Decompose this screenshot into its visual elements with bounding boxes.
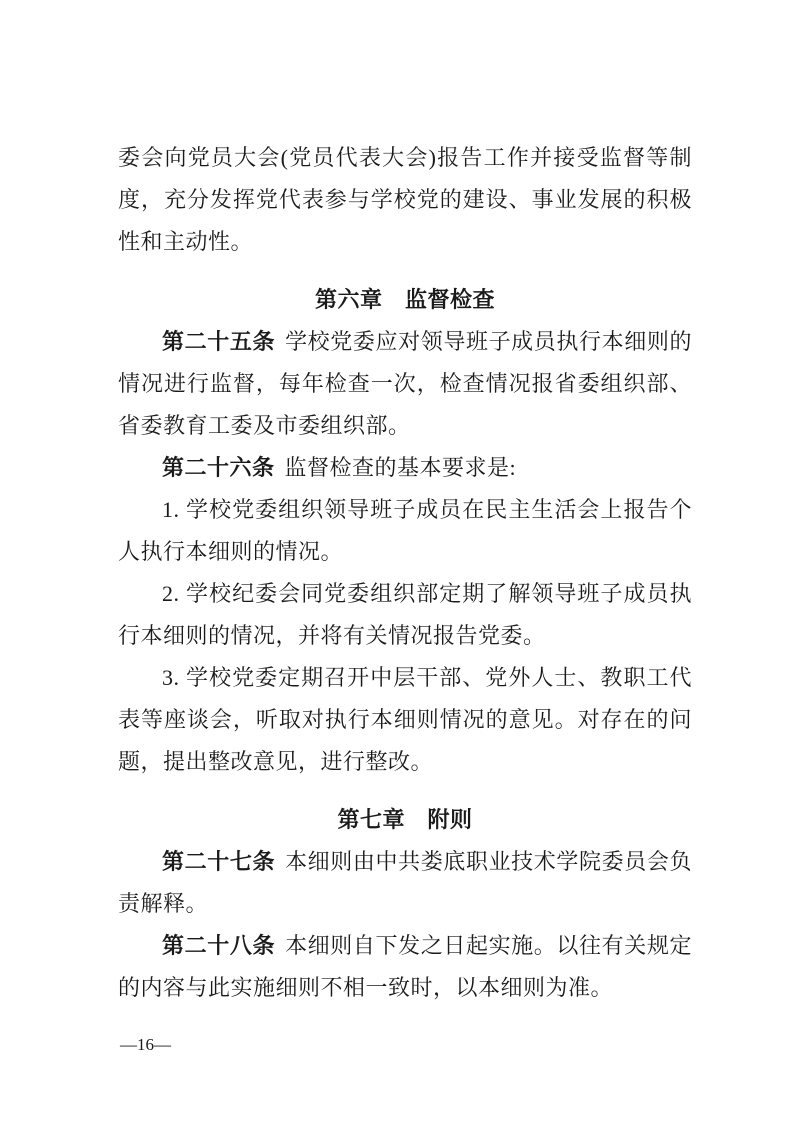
article-28-paragraph: 第二十八条本细则自下发之日起实施。以往有关规定的内容与此实施细则不相一致时，以本… [118, 925, 692, 1009]
article-27-number: 第二十七条 [162, 849, 275, 874]
article-25-paragraph: 第二十五条学校党委应对领导班子成员执行本细则的情况进行监督，每年检查一次，检查情… [118, 321, 692, 447]
chapter-heading-seven: 第七章 附则 [118, 799, 692, 841]
article-26-paragraph: 第二十六条监督检查的基本要求是: [118, 447, 692, 489]
list-item-1: 1. 学校党委组织领导班子成员在民主生活会上报告个人执行本细则的情况。 [118, 489, 692, 573]
article-25-number: 第二十五条 [162, 329, 275, 354]
document-body: 委会向党员大会(党员代表大会)报告工作并接受监督等制度，充分发挥党代表参与学校党… [118, 137, 692, 1009]
article-27-paragraph: 第二十七条本细则由中共娄底职业技术学院委员会负责解释。 [118, 841, 692, 925]
article-28-number: 第二十八条 [162, 933, 275, 958]
document-page: 委会向党员大会(党员代表大会)报告工作并接受监督等制度，充分发挥党代表参与学校党… [0, 0, 793, 1122]
list-item-3: 3. 学校党委定期召开中层干部、党外人士、教职工代表等座谈会，听取对执行本细则情… [118, 657, 692, 783]
paragraph-continuation: 委会向党员大会(党员代表大会)报告工作并接受监督等制度，充分发挥党代表参与学校党… [118, 137, 692, 263]
article-26-number: 第二十六条 [162, 455, 275, 480]
article-26-text: 监督检查的基本要求是: [285, 455, 517, 480]
list-item-2: 2. 学校纪委会同党委组织部定期了解领导班子成员执行本细则的情况，并将有关情况报… [118, 573, 692, 657]
page-number: —16— [120, 1034, 171, 1056]
chapter-heading-six: 第六章 监督检查 [118, 279, 692, 321]
